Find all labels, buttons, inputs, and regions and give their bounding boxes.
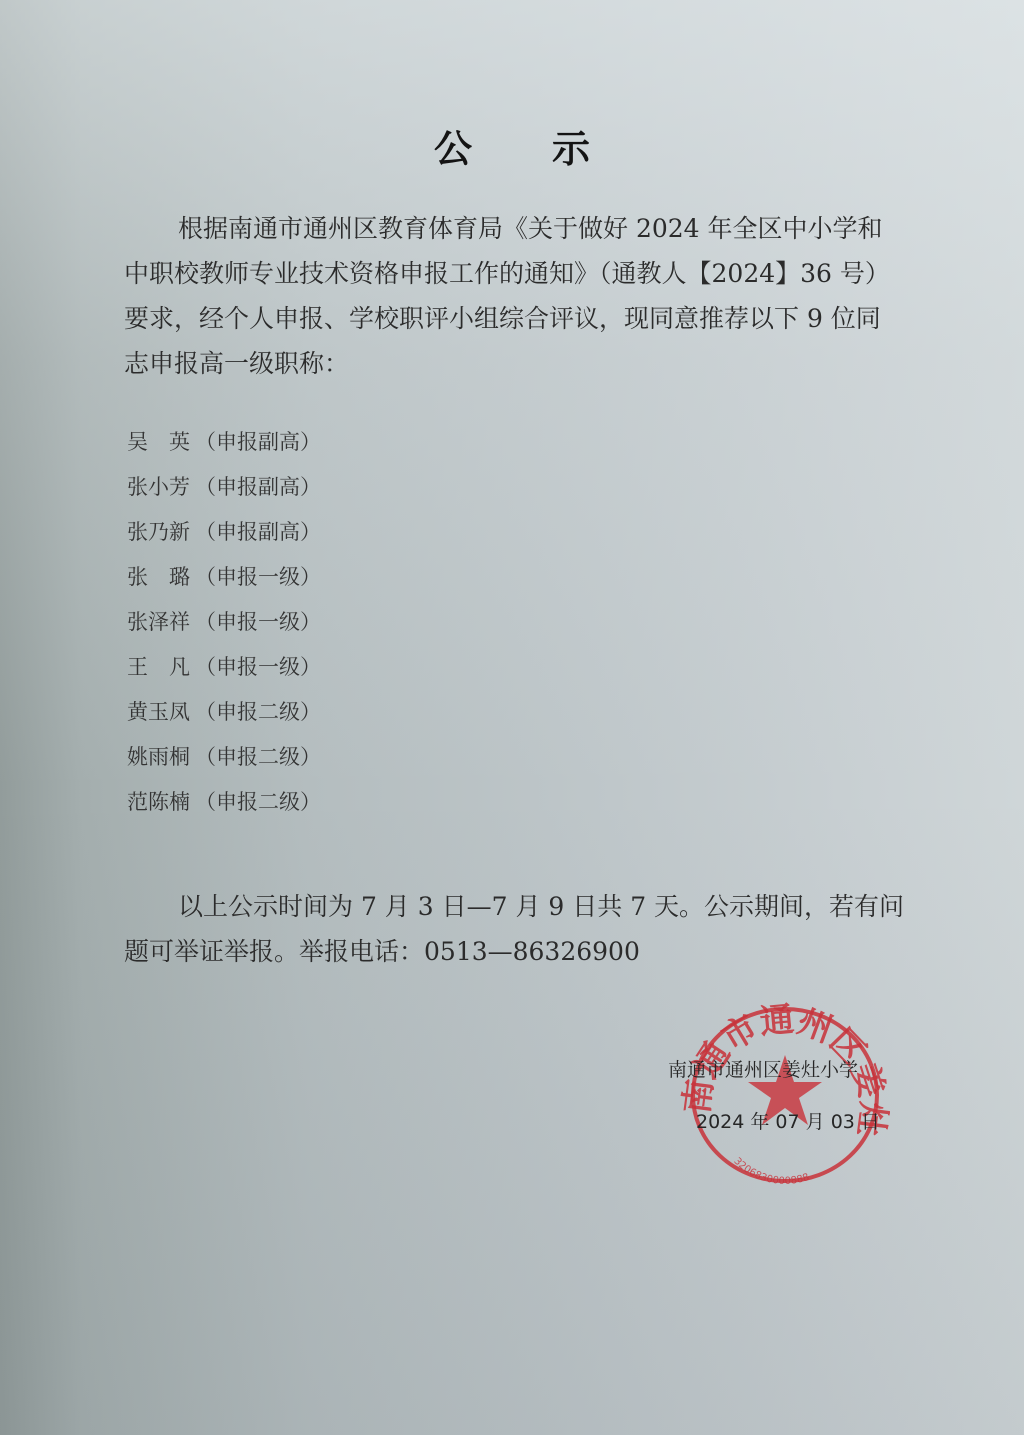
nominee-level: （申报二级） <box>195 700 321 724</box>
closing-line: 以上公示时间为 7 月 3 日—7 月 9 日共 7 天。公示期间，若有问 <box>124 884 924 929</box>
intro-paragraph: 根据南通市通州区教育体育局《关于做好 2024 年全区中小学和 中职校教师专业技… <box>124 206 924 386</box>
nominee-item: 吴 英（申报副高） <box>127 420 321 465</box>
nominee-name: 姚雨桐 <box>127 735 195 780</box>
intro-line: 根据南通市通州区教育体育局《关于做好 2024 年全区中小学和 <box>124 206 924 251</box>
intro-line: 中职校教师专业技术资格申报工作的通知》（通教人【2024】36 号） <box>124 251 924 296</box>
nominee-level: （申报一级） <box>195 610 321 634</box>
signature-block: 南通市通州区姜灶小学 2024 年 07 月 03 日 <box>668 1055 898 1134</box>
title-char: 公 <box>434 118 472 173</box>
nominee-item: 黄玉凤（申报二级） <box>127 690 321 735</box>
nominee-name: 张乃新 <box>127 510 195 555</box>
notice-title: 公示 <box>0 118 1024 173</box>
title-char: 示 <box>552 118 590 173</box>
nominee-name: 黄玉凤 <box>127 690 195 735</box>
intro-line: 要求，经个人申报、学校职评小组综合评议，现同意推荐以下 9 位同 <box>124 296 924 341</box>
closing-paragraph: 以上公示时间为 7 月 3 日—7 月 9 日共 7 天。公示期间，若有问 题可… <box>124 884 924 974</box>
nominee-name: 张泽祥 <box>127 600 195 645</box>
nominee-item: 张小芳（申报副高） <box>127 465 321 510</box>
nominee-item: 张泽祥（申报一级） <box>127 600 321 645</box>
nominee-level: （申报一级） <box>195 565 321 589</box>
nominee-item: 王 凡（申报一级） <box>127 645 321 690</box>
nominee-name: 张小芳 <box>127 465 195 510</box>
nominee-level: （申报副高） <box>195 475 321 499</box>
svg-text:3206830000888: 3206830000888 <box>731 1156 810 1187</box>
nominee-name: 张 璐 <box>127 555 195 600</box>
nominee-item: 范陈楠（申报二级） <box>127 780 321 825</box>
nominee-level: （申报二级） <box>195 790 321 814</box>
seal-code: 3206830000888 <box>731 1156 810 1187</box>
nominee-level: （申报二级） <box>195 745 321 769</box>
nominee-item: 张 璐（申报一级） <box>127 555 321 600</box>
nominee-name: 吴 英 <box>127 420 195 465</box>
nominee-name: 范陈楠 <box>127 780 195 825</box>
nominee-level: （申报一级） <box>195 655 321 679</box>
nominee-name: 王 凡 <box>127 645 195 690</box>
nominee-list: 吴 英（申报副高） 张小芳（申报副高） 张乃新（申报副高） 张 璐（申报一级） … <box>127 420 321 825</box>
nominee-level: （申报副高） <box>195 520 321 544</box>
nominee-item: 张乃新（申报副高） <box>127 510 321 555</box>
signature-date: 2024 年 07 月 03 日 <box>696 1107 898 1134</box>
intro-line: 志申报高一级职称： <box>124 341 924 386</box>
nominee-level: （申报副高） <box>195 430 321 454</box>
signature-school: 南通市通州区姜灶小学 <box>668 1055 898 1082</box>
closing-line: 题可举证举报。举报电话：0513—86326900 <box>124 929 924 974</box>
nominee-item: 姚雨桐（申报二级） <box>127 735 321 780</box>
